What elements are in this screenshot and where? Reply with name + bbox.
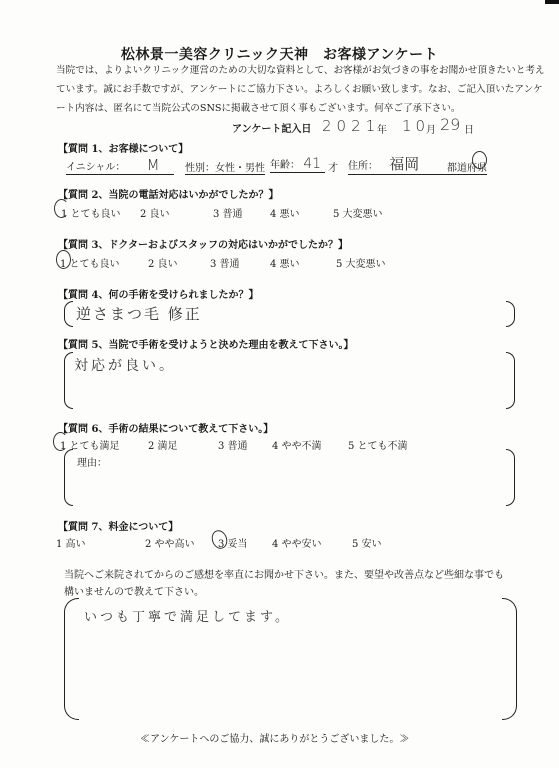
q1-age-value: 41 bbox=[303, 156, 321, 172]
q1-age-label: 年齢： bbox=[270, 160, 300, 171]
q2-option-2[interactable]: 2 良い bbox=[140, 205, 170, 220]
q6-option-2[interactable]: 2 満足 bbox=[148, 437, 178, 452]
date-day[interactable]: 29 bbox=[440, 115, 460, 134]
q2-option-5[interactable]: 5 大変悪い bbox=[333, 205, 383, 220]
q1-initial-label: イニシャル： bbox=[66, 162, 125, 173]
q2-option-3[interactable]: 3 普通 bbox=[213, 205, 243, 220]
q6-reason-input[interactable] bbox=[110, 454, 490, 494]
q4-answer[interactable]: 逆さまつ毛 修正 bbox=[76, 303, 202, 324]
q7-option-4[interactable]: 4 やや安い bbox=[272, 535, 322, 550]
date-label: アンケート記入日 bbox=[232, 120, 311, 135]
q2-selected-circle bbox=[54, 199, 69, 218]
q6-bracket-left bbox=[64, 449, 73, 506]
q6-option-5[interactable]: 5 とても不満 bbox=[348, 437, 408, 452]
intro-line-3: ート内容は、匿名にて当院公式のSNSに掲載させて頂く事もございます。何卒ご了承下… bbox=[56, 98, 461, 120]
date-day-unit: 日 bbox=[464, 121, 474, 136]
date-year[interactable]: 2021 bbox=[322, 117, 380, 135]
q2-option-1[interactable]: 1 とても良い bbox=[61, 205, 121, 220]
q3-selected-circle bbox=[56, 250, 71, 269]
scan-edge-mark bbox=[545, 0, 559, 4]
date-month-unit: 月 bbox=[426, 121, 436, 136]
q6-option-3[interactable]: 3 普通 bbox=[218, 437, 248, 452]
q7-option-1[interactable]: 1 高い bbox=[56, 535, 86, 550]
q5-bracket-right bbox=[506, 352, 515, 409]
q1-initial-field[interactable]: イニシャル： M bbox=[66, 156, 174, 175]
q3-option-3[interactable]: 3 普通 bbox=[210, 255, 240, 270]
q2-heading: 【質問 2、当院の電話対応はいかがでしたか？】 bbox=[58, 186, 278, 201]
q6-selected-circle bbox=[53, 432, 68, 451]
q5-heading: 【質問 5、当院で手術を受けようと決めた理由を教えて下さい。】 bbox=[58, 336, 353, 351]
comments-answer[interactable]: いつも丁寧で満足してます。 bbox=[84, 606, 291, 625]
q1-address-label: 住所： bbox=[348, 161, 378, 172]
q5-answer[interactable]: 対応が良い。 bbox=[74, 355, 176, 375]
footer-thanks: ≪アンケートへのご協力、誠にありがとうございました。≫ bbox=[140, 730, 409, 745]
q1-age-field[interactable]: 年齢： 41 bbox=[270, 156, 325, 173]
date-year-unit: 年 bbox=[377, 121, 387, 136]
q1-prefecture-circle bbox=[472, 151, 487, 169]
q6-bracket-right bbox=[506, 449, 515, 506]
q1-age-unit: 才 bbox=[328, 159, 338, 174]
q1-heading: 【質問 1、お客様について】 bbox=[58, 140, 188, 155]
q1-address-value: 福岡 bbox=[389, 155, 419, 173]
q6-option-4[interactable]: 4 やや不満 bbox=[272, 437, 322, 452]
comments-prompt-line-1: 当院へご来院されてからのご感想を率直にお聞かせ下さい。また、要望や改善点など些細… bbox=[64, 566, 504, 581]
q7-option-5[interactable]: 5 安い bbox=[352, 535, 382, 550]
comments-prompt-line-2: 構いませんので教えて下さい。 bbox=[64, 583, 204, 598]
q7-heading: 【質問 7、料金について】 bbox=[58, 518, 178, 533]
q6-heading: 【質問 6、手術の結果について教えて下さい。】 bbox=[58, 420, 273, 435]
q3-option-4[interactable]: 4 悪い bbox=[270, 255, 300, 270]
q4-bracket-right bbox=[506, 301, 515, 327]
q3-option-2[interactable]: 2 良い bbox=[148, 255, 178, 270]
q4-heading: 【質問 4、何の手術を受けられましたか？】 bbox=[58, 286, 258, 301]
q5-bracket-left bbox=[64, 352, 73, 409]
q1-gender-field[interactable]: 性別：女性・男性 bbox=[185, 159, 265, 175]
q1-initial-value: M bbox=[147, 156, 160, 174]
q4-bracket-left bbox=[64, 301, 73, 327]
q7-option-2[interactable]: 2 やや高い bbox=[145, 535, 195, 550]
q3-heading: 【質問 3、ドクターおよびスタッフの対応はいかがでしたか？】 bbox=[58, 236, 348, 251]
comments-bracket-right bbox=[502, 598, 517, 720]
q2-option-4[interactable]: 4 悪い bbox=[270, 205, 300, 220]
q3-option-5[interactable]: 5 大変悪い bbox=[336, 255, 386, 270]
comments-bracket-left bbox=[64, 598, 79, 720]
q6-reason-label: 理由： bbox=[77, 454, 107, 469]
